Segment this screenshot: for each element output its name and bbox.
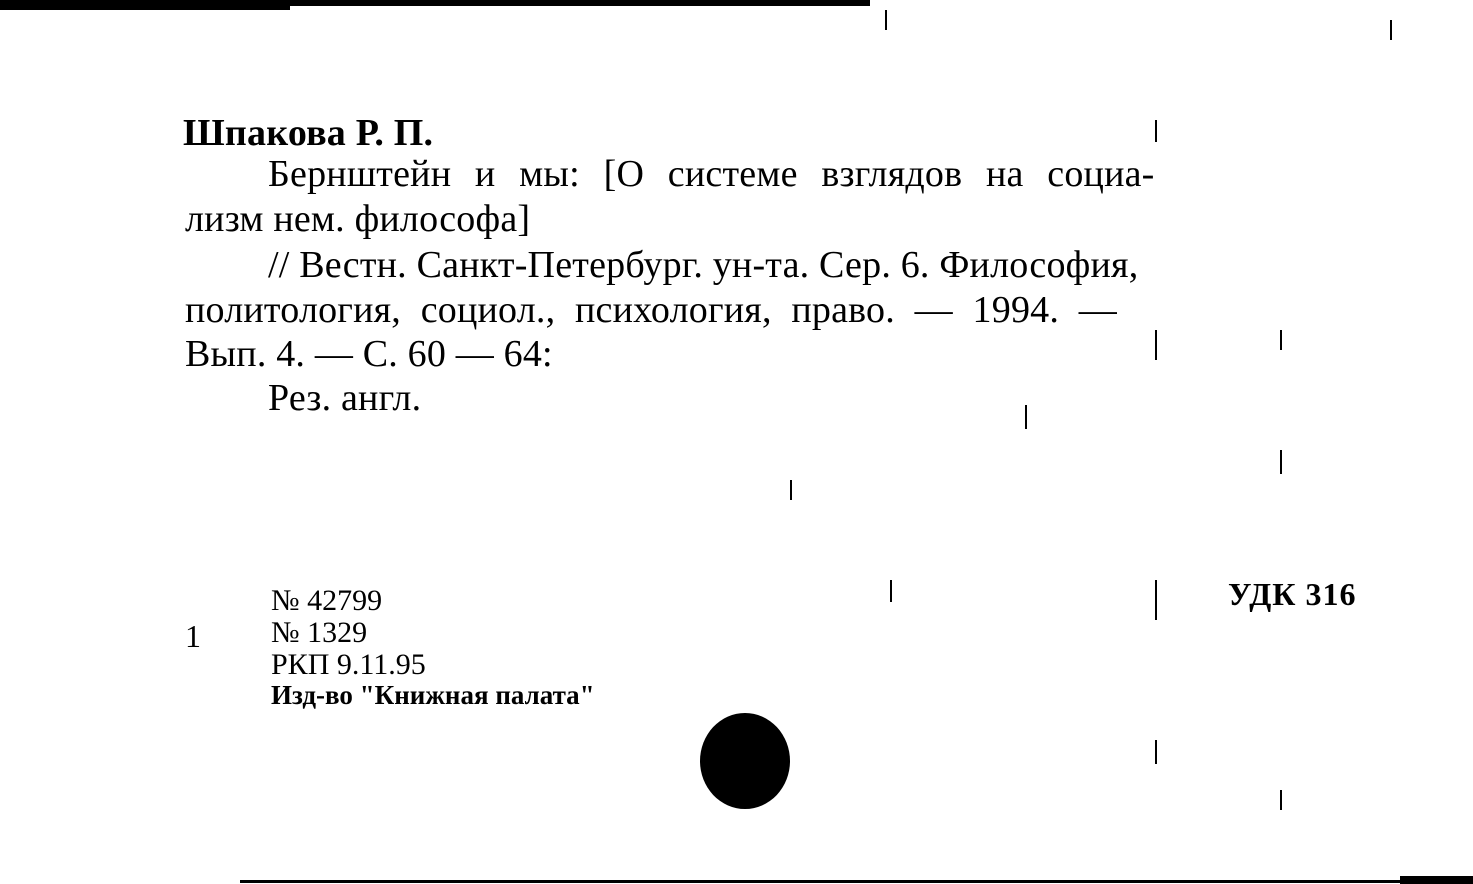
scan-edge-bottom-corner (1400, 876, 1473, 884)
registry-date: РКП 9.11.95 (271, 650, 426, 680)
card-number: 1 (185, 618, 201, 655)
scan-edge-top-shadow (0, 6, 290, 10)
source-line-2: политология, социол., психология, право.… (185, 289, 1117, 331)
scan-noise (1280, 790, 1282, 810)
scan-noise (1025, 405, 1027, 429)
source-line-1: // Вестн. Санкт-Петербург. ун-та. Сер. 6… (268, 244, 1138, 286)
scan-noise (1155, 120, 1157, 142)
udk-code: УДК 316 (1228, 576, 1356, 613)
scan-noise (1280, 330, 1282, 350)
source-line-3: Вып. 4. — С. 60 — 64: (185, 333, 553, 375)
registry-number-1: № 42799 (271, 586, 382, 616)
scan-noise (1390, 20, 1392, 40)
scan-edge-bottom (240, 880, 1473, 883)
scan-noise (890, 580, 892, 602)
scan-noise (1155, 580, 1157, 620)
scan-noise (790, 480, 792, 500)
punch-hole (700, 713, 790, 809)
title-line-2: лизм нем. философа] (185, 198, 530, 240)
scan-noise (885, 10, 887, 30)
author: Шпакова Р. П. (183, 112, 433, 154)
publisher: Изд-во "Книжная палата" (271, 680, 595, 710)
summary-note: Рез. англ. (268, 377, 421, 419)
scan-noise (1155, 740, 1157, 764)
scan-noise (1280, 450, 1282, 474)
title-line-1: Бернштейн и мы: [О системе взглядов на с… (268, 153, 1155, 195)
registry-number-2: № 1329 (271, 618, 367, 648)
scan-noise (1155, 330, 1157, 360)
